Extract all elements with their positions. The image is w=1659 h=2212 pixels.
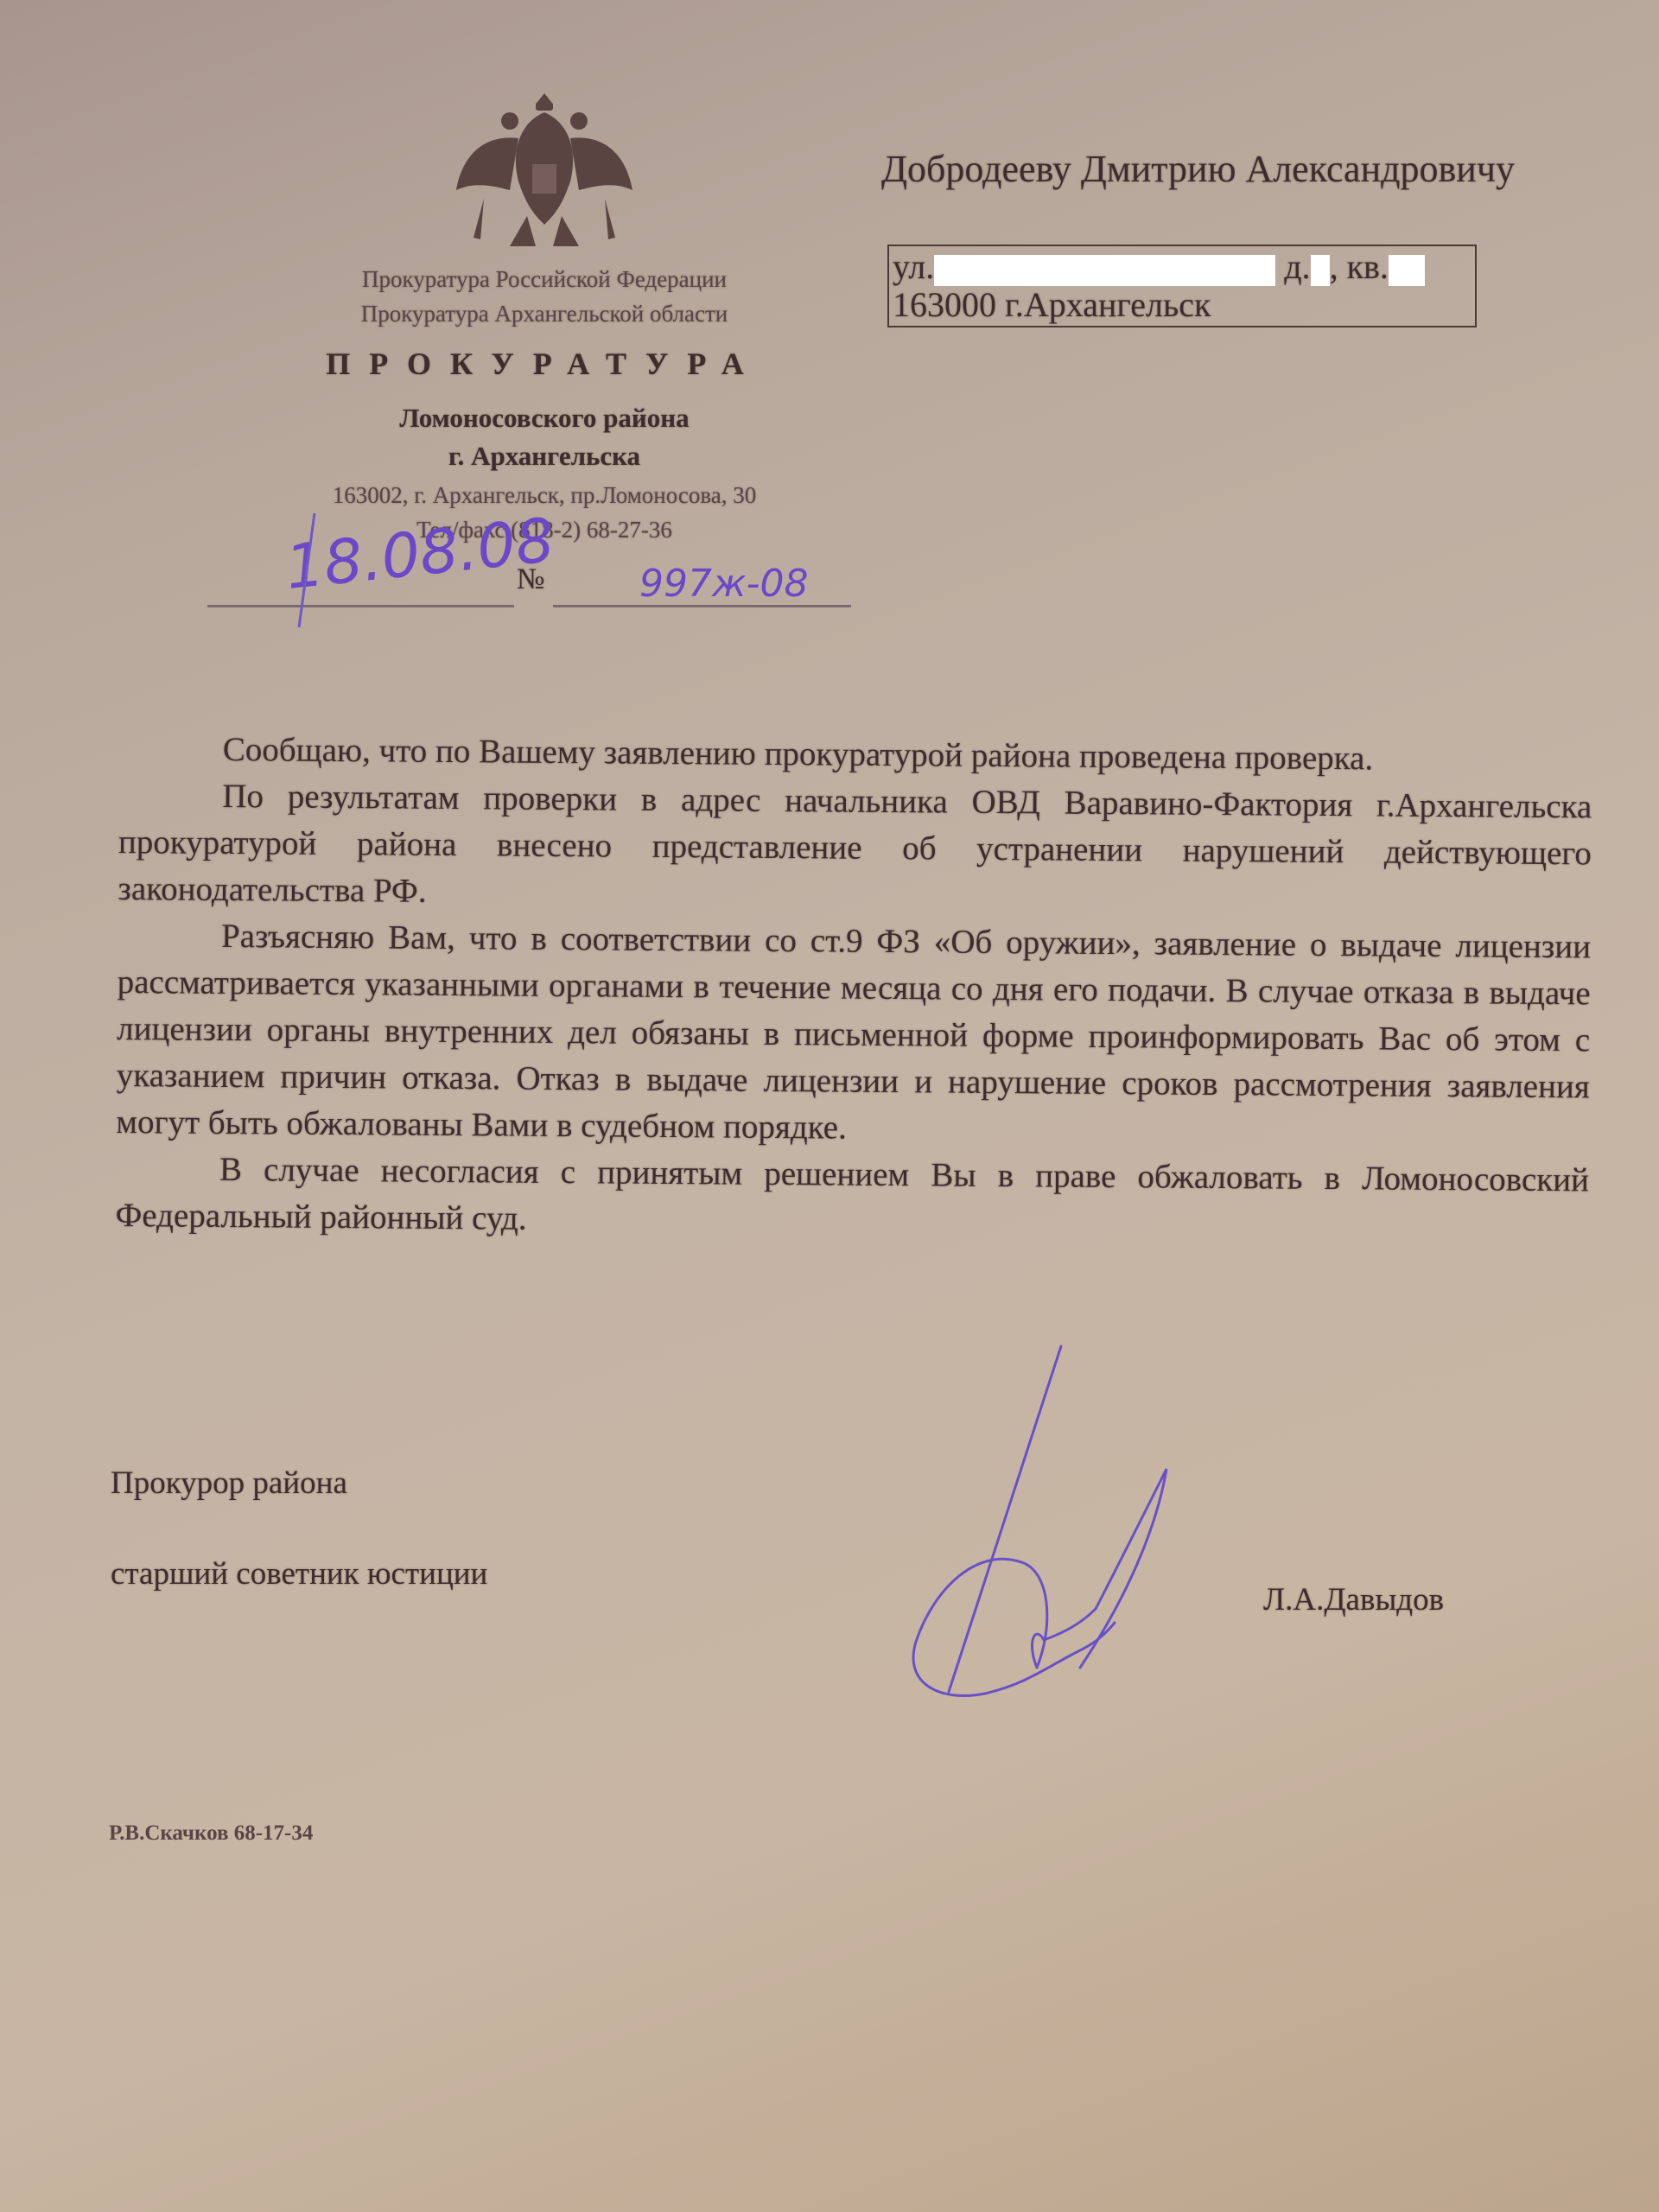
signer-rank: старший советник юстиции — [111, 1555, 487, 1592]
recipient-name: Добродееву Дмитрию Александровичу — [881, 147, 1515, 191]
street-prefix: ул. — [893, 247, 934, 286]
number-sign: № — [517, 563, 544, 596]
recipient-address-box: ул. д., кв. 163000 г.Архангельск — [887, 245, 1477, 327]
signer-position: Прокурор района — [111, 1465, 347, 1502]
paragraph: По результатам проверки в адрес начальни… — [118, 772, 1592, 924]
letterhead-title: ПРОКУРАТУРА — [207, 346, 881, 382]
redacted-street — [934, 255, 1275, 286]
paragraph: Разъясняю Вам, что в соответствии со ст.… — [116, 912, 1591, 1157]
address-city-line: 163000 г.Архангельск — [893, 286, 1471, 324]
handwritten-signature-icon — [804, 1331, 1218, 1702]
letterhead-city: г. Архангельска — [207, 441, 881, 472]
date-slash-stroke — [294, 510, 320, 631]
signer-name: Л.А.Давыдов — [1263, 1581, 1444, 1618]
redacted-apartment — [1389, 255, 1425, 286]
handwritten-number: 997ж-08 — [639, 562, 809, 606]
date-underline — [207, 605, 514, 607]
emblem-icon — [449, 86, 639, 251]
letterhead-line-region: Прокуратура Архангельской области — [207, 301, 881, 327]
house-prefix: д. — [1284, 247, 1310, 286]
redacted-house — [1311, 255, 1330, 286]
paragraph: В случае несогласия с принятым решением … — [115, 1146, 1589, 1250]
letterhead-line-federation: Прокуратура Российской Федерации — [207, 266, 881, 293]
letterhead-district: Ломоносовского района — [207, 403, 881, 434]
executor-contact: Р.В.Скачков 68-17-34 — [109, 1821, 313, 1846]
address-street-line: ул. д., кв. — [893, 248, 1471, 286]
apartment-prefix: , кв. — [1330, 247, 1389, 286]
letter-body: Сообщаю, что по Вашему заявлению прокура… — [115, 726, 1592, 1250]
